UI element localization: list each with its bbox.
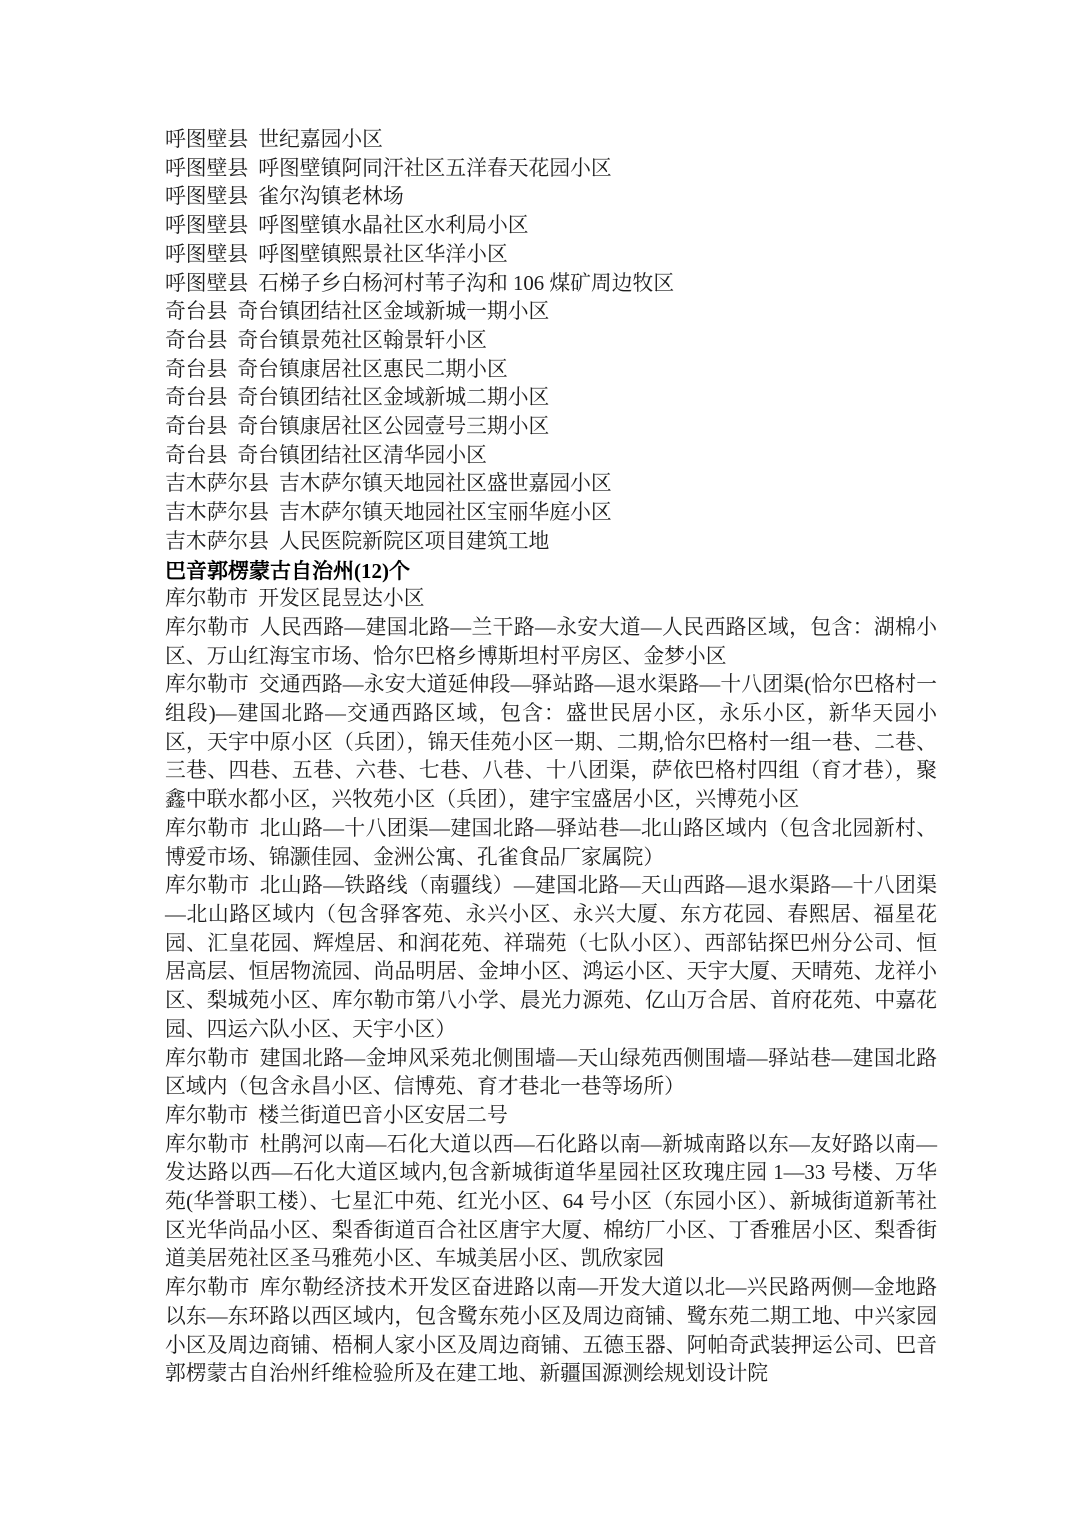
list-item: 库尔勒市开发区昆昱达小区	[165, 585, 937, 614]
item-text: 奇台镇团结社区清华园小区	[237, 444, 487, 467]
item-text: 北山路—铁路线（南疆线）—建国北路—天山西路—退水渠路—十八团渠—北山路区域内（…	[165, 874, 937, 1041]
item-text: 楼兰街道巴音小区安居二号	[258, 1104, 508, 1127]
region-label: 吉木萨尔县	[165, 501, 269, 524]
region-label: 奇台县	[165, 386, 227, 409]
item-text: 雀尔沟镇老林场	[258, 185, 404, 208]
list-item: 奇台县奇台镇团结社区清华园小区	[165, 442, 937, 471]
item-text: 开发区昆昱达小区	[258, 587, 424, 610]
region-label: 吉木萨尔县	[165, 472, 269, 495]
region-label: 库尔勒市	[165, 1104, 248, 1127]
document-body: 呼图壁县世纪嘉园小区 呼图壁县呼图壁镇阿同汗社区五洋春天花园小区 呼图壁县雀尔沟…	[165, 126, 937, 1389]
item-text: 人民医院新院区项目建筑工地	[279, 530, 549, 553]
region-label: 库尔勒市	[165, 587, 248, 610]
item-text: 杜鹃河以南—石化大道以西—石化路以南—新城南路以东—友好路以南—发达路以西—石化…	[165, 1133, 937, 1271]
list-item: 奇台县奇台镇团结社区金域新城二期小区	[165, 384, 937, 413]
list-item: 吉木萨尔县吉木萨尔镇天地园社区盛世嘉园小区	[165, 470, 937, 499]
item-text: 奇台镇团结社区金域新城一期小区	[237, 300, 549, 323]
item-text: 呼图壁镇熙景社区华洋小区	[258, 243, 508, 266]
item-text: 北山路—十八团渠—建国北路—驿站巷—北山路区域内（包含北园新村、博爱市场、锦灏佳…	[165, 817, 937, 869]
region-label: 库尔勒市	[165, 616, 250, 639]
list-item: 库尔勒市建国北路—金坤风采苑北侧围墙—天山绿苑西侧围墙—驿站巷—建国北路区域内（…	[165, 1045, 937, 1102]
item-text: 石梯子乡白杨河村苇子沟和 106 煤矿周边牧区	[258, 272, 674, 295]
list-item: 库尔勒市北山路—十八团渠—建国北路—驿站巷—北山路区域内（包含北园新村、博爱市场…	[165, 815, 937, 872]
item-text: 奇台镇团结社区金域新城二期小区	[237, 386, 549, 409]
region-label: 奇台县	[165, 329, 227, 352]
region-label: 奇台县	[165, 444, 227, 467]
region-label: 库尔勒市	[165, 1276, 250, 1299]
item-text: 库尔勒经济技术开发区奋进路以南—开发大道以北—兴民路两侧—金地路以东—东环路以西…	[165, 1276, 937, 1385]
region-label: 奇台县	[165, 358, 227, 381]
region-label: 呼图壁县	[165, 272, 248, 295]
list-item: 呼图壁县世纪嘉园小区	[165, 126, 937, 155]
document-page: { "page": { "background_color": "#ffffff…	[0, 0, 1080, 1526]
list-item: 奇台县奇台镇团结社区金域新城一期小区	[165, 298, 937, 327]
list-item: 库尔勒市库尔勒经济技术开发区奋进路以南—开发大道以北—兴民路两侧—金地路以东—东…	[165, 1274, 937, 1389]
item-text: 呼图壁镇水晶社区水利局小区	[258, 214, 528, 237]
list-item: 库尔勒市交通西路—永安大道延伸段—驿站路—退水渠路—十八团渠(恰尔巴格村一组段)…	[165, 671, 937, 815]
region-label: 库尔勒市	[165, 1047, 250, 1070]
region-label: 奇台县	[165, 415, 227, 438]
list-item: 吉木萨尔县吉木萨尔镇天地园社区宝丽华庭小区	[165, 499, 937, 528]
list-item: 奇台县奇台镇康居社区公园壹号三期小区	[165, 413, 937, 442]
list-item: 呼图壁县呼图壁镇熙景社区华洋小区	[165, 241, 937, 270]
list-item: 奇台县奇台镇康居社区惠民二期小区	[165, 356, 937, 385]
list-item: 呼图壁县石梯子乡白杨河村苇子沟和 106 煤矿周边牧区	[165, 270, 937, 299]
list-item: 吉木萨尔县人民医院新院区项目建筑工地	[165, 528, 937, 557]
item-text: 交通西路—永安大道延伸段—驿站路—退水渠路—十八团渠(恰尔巴格村一组段)—建国北…	[165, 673, 937, 811]
item-text: 奇台镇康居社区公园壹号三期小区	[237, 415, 549, 438]
region-label: 吉木萨尔县	[165, 530, 269, 553]
list-item: 呼图壁县呼图壁镇水晶社区水利局小区	[165, 212, 937, 241]
item-text: 奇台镇景苑社区翰景轩小区	[237, 329, 487, 352]
item-text: 人民西路—建国北路—兰干路—永安大道—人民西路区域，包含：湖棉小区、万山红海宝市…	[165, 616, 937, 668]
list-item: 奇台县奇台镇景苑社区翰景轩小区	[165, 327, 937, 356]
item-text: 世纪嘉园小区	[258, 128, 383, 151]
item-text: 吉木萨尔镇天地园社区宝丽华庭小区	[279, 501, 612, 524]
region-label: 库尔勒市	[165, 1133, 250, 1156]
region-label: 库尔勒市	[165, 673, 249, 696]
item-text: 吉木萨尔镇天地园社区盛世嘉园小区	[279, 472, 612, 495]
region-label: 呼图壁县	[165, 157, 248, 180]
list-item: 库尔勒市北山路—铁路线（南疆线）—建国北路—天山西路—退水渠路—十八团渠—北山路…	[165, 872, 937, 1044]
region-label: 呼图壁县	[165, 214, 248, 237]
section-header: 巴音郭楞蒙古自治州(12)个	[165, 557, 937, 586]
list-item: 库尔勒市人民西路—建国北路—兰干路—永安大道—人民西路区域，包含：湖棉小区、万山…	[165, 614, 937, 671]
list-item: 呼图壁县雀尔沟镇老林场	[165, 183, 937, 212]
item-text: 呼图壁镇阿同汗社区五洋春天花园小区	[258, 157, 612, 180]
region-label: 呼图壁县	[165, 243, 248, 266]
region-label: 呼图壁县	[165, 185, 248, 208]
region-label: 库尔勒市	[165, 874, 250, 897]
list-item: 库尔勒市楼兰街道巴音小区安居二号	[165, 1102, 937, 1131]
list-item: 库尔勒市杜鹃河以南—石化大道以西—石化路以南—新城南路以东—友好路以南—发达路以…	[165, 1131, 937, 1275]
region-label: 库尔勒市	[165, 817, 250, 840]
item-text: 建国北路—金坤风采苑北侧围墙—天山绿苑西侧围墙—驿站巷—建国北路区域内（包含永昌…	[165, 1047, 937, 1099]
region-label: 奇台县	[165, 300, 227, 323]
region-label: 呼图壁县	[165, 128, 248, 151]
list-item: 呼图壁县呼图壁镇阿同汗社区五洋春天花园小区	[165, 155, 937, 184]
item-text: 奇台镇康居社区惠民二期小区	[237, 358, 507, 381]
